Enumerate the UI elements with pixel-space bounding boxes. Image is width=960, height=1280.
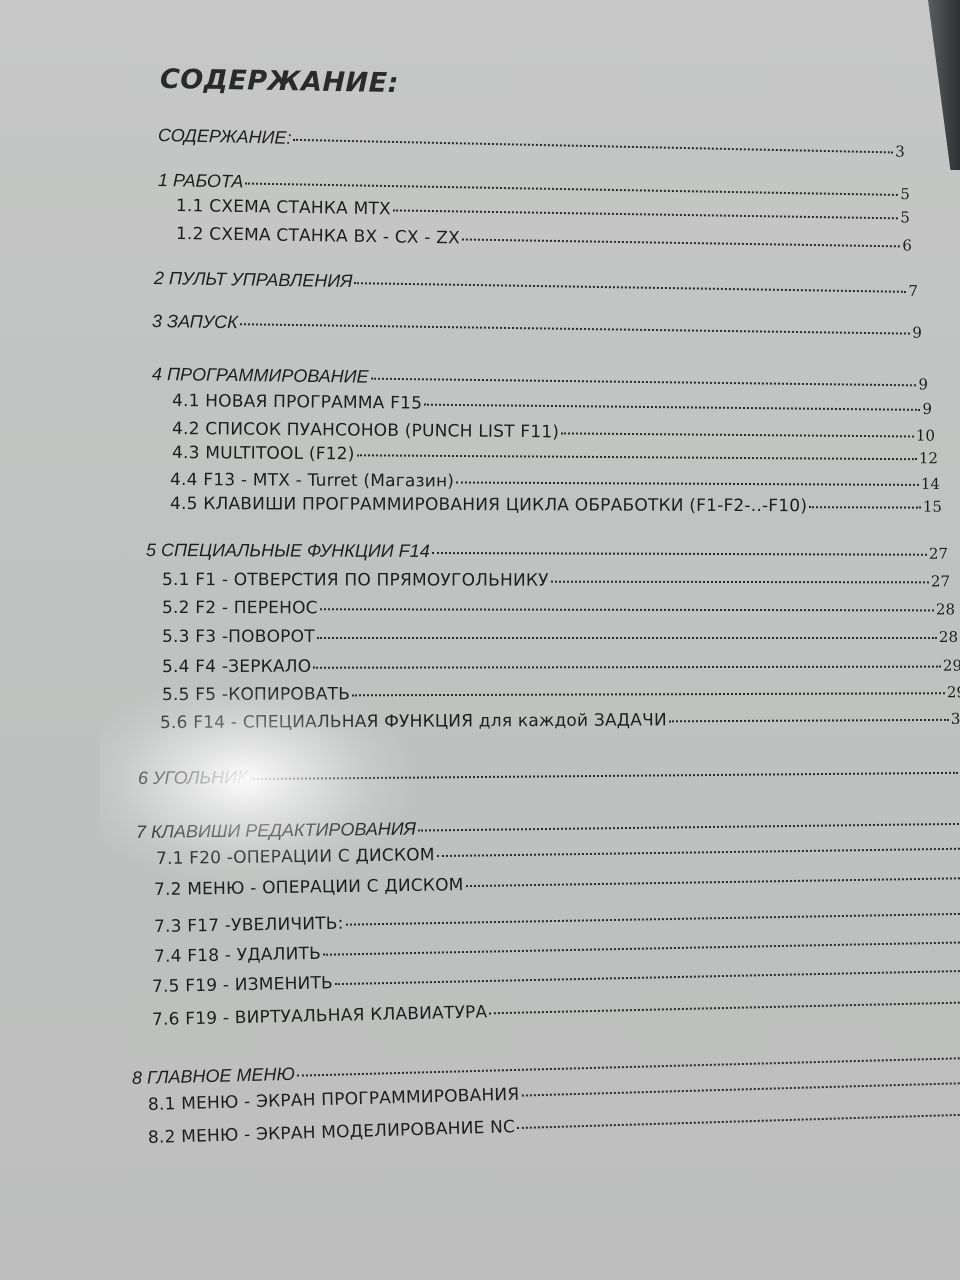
- dot-leader: [352, 692, 945, 696]
- toc-entry-label: 4.1 НОВАЯ ПРОГРАММА F15: [172, 391, 422, 414]
- toc-entry-label: 8.2 МЕНЮ - ЭКРАН МОДЕЛИРОВАНИЕ NC: [148, 1117, 516, 1148]
- toc-entry-page-number: 27: [931, 572, 950, 590]
- toc-entry-label: 5.5 F5 -КОПИРОВАТЬ: [162, 684, 350, 705]
- toc-entry: 5.5 F5 -КОПИРОВАТЬ29: [162, 682, 960, 705]
- toc-entry: 7.2 МЕНЮ - ОПЕРАЦИИ С ДИСКОМ: [154, 867, 960, 900]
- toc-entry-page-number: 28: [936, 600, 955, 618]
- dot-leader: [320, 608, 934, 611]
- toc-entry: 4 ПРОГРАММИРОВАНИЕ9: [152, 364, 928, 394]
- dot-leader: [456, 481, 919, 485]
- toc-entry: 1.2 СХЕМА СТАНКА BX - CX - ZX6: [176, 224, 912, 256]
- dot-leader: [317, 637, 937, 639]
- document-page: СОДЕРЖАНИЕ: СОДЕРЖАНИЕ:31 РАБОТА51.1 СХЕ…: [0, 0, 960, 1280]
- toc-entry-page-number: 28: [939, 628, 958, 646]
- dot-leader: [561, 432, 914, 437]
- toc-entry-page-number: 3: [895, 142, 905, 160]
- toc-entry-page-number: 12: [919, 449, 938, 467]
- toc-entry: 6 УГОЛЬНИК3: [138, 761, 960, 789]
- toc-entry-page-number: 29: [947, 683, 960, 701]
- toc-entry-label: 4.5 КЛАВИШИ ПРОГРАММИРОВАНИЯ ЦИКЛА ОБРАБ…: [170, 494, 807, 516]
- dot-leader: [245, 183, 898, 196]
- dot-leader: [346, 912, 960, 925]
- dot-leader: [551, 581, 929, 584]
- toc-entry-page-number: 7: [908, 282, 918, 300]
- dot-leader: [335, 969, 960, 985]
- toc-entry-label: 4.2 СПИСОК ПУАНСОНОВ (PUNCH LIST F11): [172, 419, 559, 442]
- dot-leader: [371, 378, 917, 387]
- toc-entry: 4.3 MULTITOOL (F12)12: [172, 443, 938, 468]
- toc-entry-label: 7.1 F20 -ОПЕРАЦИИ С ДИСКОМ: [156, 845, 435, 869]
- toc-entry: 4.2 СПИСОК ПУАНСОНОВ (PUNCH LIST F11)10: [172, 419, 935, 446]
- toc-entry-label: 8.1 МЕНЮ - ЭКРАН ПРОГРАММИРОВАНИЯ: [148, 1085, 520, 1115]
- toc-entry: 7.6 F19 - ВИРТУАЛЬНАЯ КЛАВИАТУРА: [152, 991, 960, 1030]
- toc-entry: СОДЕРЖАНИЕ:3: [158, 125, 905, 162]
- toc-entry-label: 5 СПЕЦИАЛЬНЫЕ ФУНКЦИИ F14: [146, 540, 430, 562]
- dot-leader: [293, 139, 893, 154]
- toc-entry: 7 КЛАВИШИ РЕДАКТИРОВАНИЯ: [136, 812, 960, 843]
- toc-entry-label: 4.3 MULTITOOL (F12): [172, 443, 355, 464]
- dot-leader: [437, 847, 960, 857]
- toc-entry-label: 5.2 F2 - ПЕРЕНОС: [162, 598, 318, 618]
- dot-leader: [250, 772, 959, 780]
- dot-leader: [489, 1001, 960, 1014]
- toc-entry-label: 1.2 СХЕМА СТАНКА BX - CX - ZX: [176, 224, 460, 248]
- toc-entry-label: 5.1 F1 - ОТВЕРСТИЯ ПО ПРЯМОУГОЛЬНИКУ: [162, 570, 549, 591]
- dot-leader: [357, 454, 917, 460]
- toc-entry-label: 7.2 МЕНЮ - ОПЕРАЦИИ С ДИСКОМ: [154, 875, 464, 900]
- toc-entry: 7.4 F18 - УДАЛИТЬ: [154, 931, 960, 967]
- table-of-contents: СОДЕРЖАНИЕ:31 РАБОТА51.1 СХЕМА СТАНКА MT…: [0, 0, 960, 1280]
- toc-entry-label: 7.5 F19 - ИЗМЕНИТЬ: [152, 973, 333, 997]
- toc-entry-label: 4.4 F13 - MTX - Turret (Магазин): [170, 470, 454, 491]
- toc-entry: 5.2 F2 - ПЕРЕНОС28: [162, 598, 955, 619]
- toc-entry-page-number: 6: [902, 236, 912, 254]
- dot-leader: [424, 404, 920, 411]
- toc-entry-page-number: 9: [918, 375, 928, 393]
- toc-entry-page-number: 27: [929, 545, 948, 563]
- toc-entry: 4.4 F13 - MTX - Turret (Магазин)14: [170, 470, 940, 494]
- toc-entry-page-number: 9: [912, 324, 922, 342]
- dot-leader: [313, 666, 941, 669]
- toc-entry: 5.1 F1 - ОТВЕРСТИЯ ПО ПРЯМОУГОЛЬНИКУ27: [162, 570, 950, 591]
- toc-entry-label: 1.1 СХЕМА СТАНКА MTX: [176, 196, 391, 219]
- dot-leader: [393, 209, 899, 219]
- dot-leader: [462, 238, 900, 247]
- toc-entry-label: 6 УГОЛЬНИК: [138, 767, 248, 789]
- dot-leader: [517, 1113, 960, 1129]
- dot-leader: [466, 877, 960, 887]
- dot-leader: [669, 719, 949, 722]
- toc-entry-page-number: 5: [900, 208, 910, 226]
- toc-entry-label: 8 ГЛАВНОЕ МЕНЮ: [132, 1064, 295, 1089]
- toc-entry: 4.1 НОВАЯ ПРОГРАММА F159: [172, 391, 932, 419]
- toc-entry-label: 7.4 F18 - УДАЛИТЬ: [154, 944, 321, 967]
- toc-entry: 7.3 F17 -УВЕЛИЧИТЬ:: [154, 902, 960, 937]
- toc-entry-page-number: 14: [921, 475, 940, 493]
- toc-entry: 7.5 F19 - ИЗМЕНИТЬ: [152, 959, 960, 997]
- dot-leader: [354, 282, 906, 293]
- toc-entry-label: 5.6 F14 - СПЕЦИАЛЬНАЯ ФУНКЦИЯ для каждой…: [160, 710, 667, 733]
- dot-leader: [418, 823, 960, 832]
- toc-entry-page-number: 5: [900, 185, 910, 203]
- toc-entry: 5.6 F14 - СПЕЦИАЛЬНАЯ ФУНКЦИЯ для каждой…: [160, 709, 960, 733]
- dot-leader: [297, 1057, 960, 1077]
- toc-entry: 4.5 КЛАВИШИ ПРОГРАММИРОВАНИЯ ЦИКЛА ОБРАБ…: [170, 494, 942, 517]
- toc-entry-label: 1 РАБОТА: [158, 170, 244, 192]
- toc-entry-page-number: 30: [951, 710, 960, 728]
- toc-entry: 5.3 F3 -ПОВОРОТ28: [162, 627, 958, 647]
- toc-entry: 3 ЗАПУСК9: [152, 311, 922, 343]
- toc-entry: 5 СПЕЦИАЛЬНЫЕ ФУНКЦИИ F1427: [146, 540, 948, 564]
- dot-leader: [432, 552, 927, 556]
- toc-entry-label: 7 КЛАВИШИ РЕДАКТИРОВАНИЯ: [136, 819, 416, 843]
- toc-entry-page-number: 29: [943, 657, 960, 675]
- toc-entry-label: 4 ПРОГРАММИРОВАНИЕ: [152, 364, 369, 388]
- toc-entry-label: 5.3 F3 -ПОВОРОТ: [162, 627, 315, 647]
- dot-leader: [323, 941, 960, 956]
- toc-entry-page-number: 9: [922, 400, 932, 418]
- dot-leader: [521, 1082, 960, 1097]
- dot-leader: [809, 506, 921, 508]
- toc-entry-page-number: 15: [923, 498, 942, 516]
- dot-leader: [240, 323, 911, 334]
- toc-entry: 5.4 F4 -ЗЕРКАЛО29: [162, 656, 960, 677]
- toc-entry-label: 3 ЗАПУСК: [152, 311, 238, 333]
- toc-entry-label: 7.3 F17 -УВЕЛИЧИТЬ:: [154, 914, 344, 937]
- toc-entry: 7.1 F20 -ОПЕРАЦИИ С ДИСКОМ: [156, 837, 960, 869]
- toc-entry-label: 2 ПУЛЬТ УПРАВЛЕНИЯ: [154, 268, 353, 292]
- toc-entry-label: 7.6 F19 - ВИРТУАЛЬНАЯ КЛАВИАТУРА: [152, 1002, 488, 1030]
- toc-entry-label: СОДЕРЖАНИЕ:: [158, 125, 292, 149]
- toc-entry: 2 ПУЛЬТ УПРАВЛЕНИЯ7: [154, 268, 918, 301]
- toc-entry-page-number: 10: [916, 426, 935, 444]
- toc-entry-label: 5.4 F4 -ЗЕРКАЛО: [162, 657, 311, 677]
